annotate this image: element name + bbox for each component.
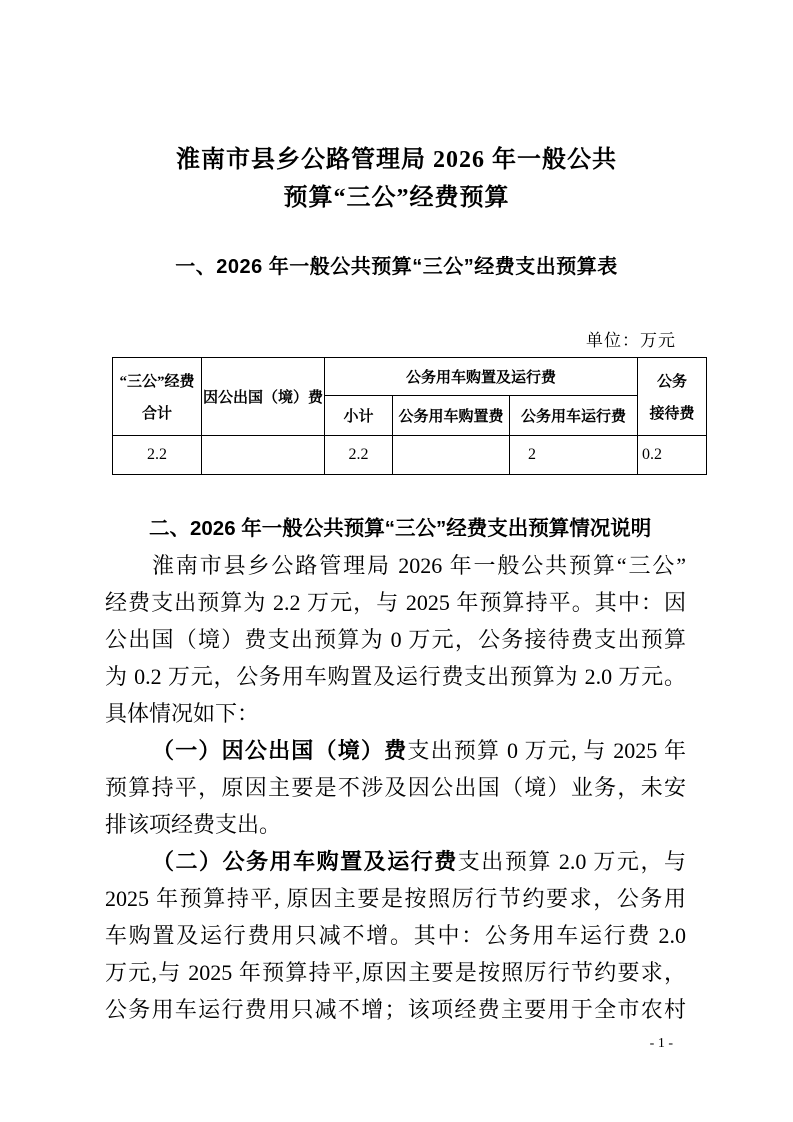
document-title: 淮南市县乡公路管理局 2026 年一般公共 预算“三公”经费预算	[0, 141, 793, 217]
header-cell-vehicle-purchase: 公务用车购置费	[393, 396, 510, 436]
body-line-bold-prefix: （一）因公出国（境）费	[152, 738, 407, 763]
body-line: （二）公务用车购置及运行费支出预算 2.0 万元，与	[105, 843, 686, 880]
value-vehicle-operation: 2	[510, 436, 638, 475]
document-title-line2: 预算“三公”经费预算	[0, 179, 793, 217]
body-line: 公务用车运行费用只减不增；该项经费主要用于全市农村	[105, 991, 686, 1028]
table-unit-label: 单位：万元	[586, 329, 676, 353]
body-line: 预算持平，原因主要是不涉及因公出国（境）业务，未安	[105, 769, 686, 806]
header-total-line2: 合计	[113, 402, 201, 423]
body-line: 经费支出预算为 2.2 万元，与 2025 年预算持平。其中：因	[105, 584, 686, 621]
section2-heading: 二、2026 年一般公共预算“三公”经费支出预算情况说明	[105, 510, 686, 547]
value-vehicle-purchase	[393, 436, 510, 475]
header-cell-vehicle-operation: 公务用车运行费	[510, 396, 638, 436]
value-reception: 0.2	[638, 436, 707, 475]
header-cell-total: “三公”经费 合计	[113, 358, 202, 436]
table-data-row: 2.2 2.2 2 0.2	[113, 436, 707, 475]
body-line: 2025 年预算持平, 原因主要是按照厉行节约要求，公务用	[105, 880, 686, 917]
header-reception-line1: 公务	[638, 370, 706, 391]
section2-body: 二、2026 年一般公共预算“三公”经费支出预算情况说明 淮南市县乡公路管理局 …	[105, 510, 686, 1028]
body-line: 淮南市县乡公路管理局 2026 年一般公共预算“三公”	[105, 547, 686, 584]
value-total: 2.2	[113, 436, 202, 475]
value-abroad	[202, 436, 325, 475]
body-line: 公出国（境）费支出预算为 0 万元，公务接待费支出预算	[105, 621, 686, 658]
body-line-bold-prefix: （二）公务用车购置及运行费	[152, 849, 458, 874]
body-line: 万元,与 2025 年预算持平,原因主要是按照厉行节约要求，	[105, 954, 686, 991]
header-cell-abroad: 因公出国（境）费	[202, 358, 325, 436]
header-cell-vehicle-subtotal: 小计	[325, 396, 393, 436]
body-line: 具体情况如下：	[105, 695, 686, 732]
document-page: 淮南市县乡公路管理局 2026 年一般公共 预算“三公”经费预算 一、2026 …	[0, 0, 793, 1122]
header-cell-reception: 公务 接待费	[638, 358, 707, 436]
header-reception-line2: 接待费	[638, 402, 706, 423]
header-cell-vehicle-group: 公务用车购置及运行费	[325, 358, 638, 396]
section1-heading: 一、2026 年一般公共预算“三公”经费支出预算表	[0, 253, 793, 281]
page-number: - 1 -	[650, 1034, 673, 1054]
table-header-row-1: “三公”经费 合计 因公出国（境）费 公务用车购置及运行费 公务 接待费	[113, 358, 707, 396]
section2-paragraph-lines: 淮南市县乡公路管理局 2026 年一般公共预算“三公”经费支出预算为 2.2 万…	[105, 547, 686, 1028]
body-line: 为 0.2 万元，公务用车购置及运行费支出预算为 2.0 万元。	[105, 658, 686, 695]
value-vehicle-subtotal: 2.2	[325, 436, 393, 475]
body-line: 排该项经费支出。	[105, 806, 686, 843]
body-line: 车购置及运行费用只减不增。其中：公务用车运行费 2.0	[105, 917, 686, 954]
three-public-budget-table: “三公”经费 合计 因公出国（境）费 公务用车购置及运行费 公务 接待费 小计 …	[112, 357, 707, 475]
header-total-line1: “三公”经费	[113, 370, 201, 391]
document-title-line1: 淮南市县乡公路管理局 2026 年一般公共	[0, 141, 793, 179]
body-line: （一）因公出国（境）费支出预算 0 万元, 与 2025 年	[105, 732, 686, 769]
